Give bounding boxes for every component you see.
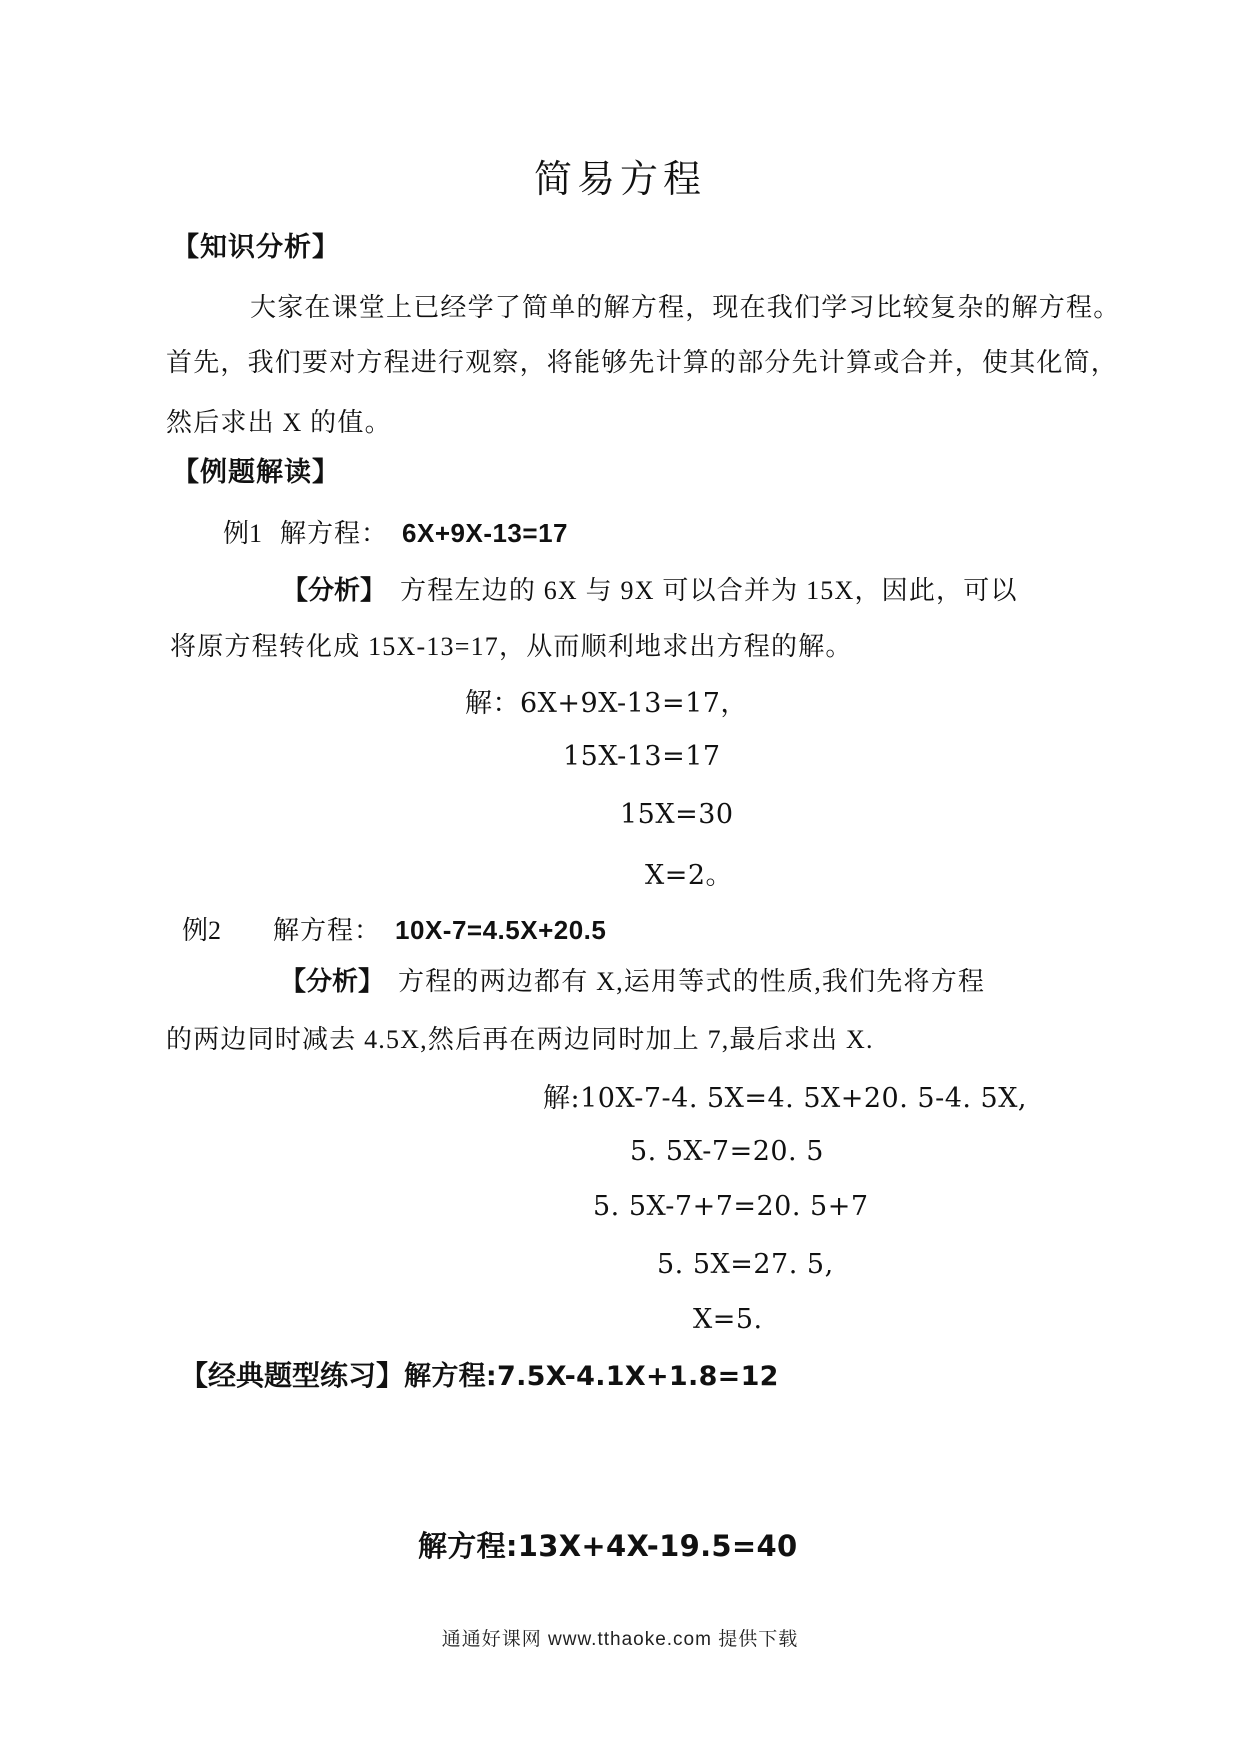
analysis-text: 方程左边的 6X 与 9X 可以合并为 15X，因此，可以	[400, 576, 1018, 605]
example2-label: 例2	[182, 916, 221, 945]
analysis-label: 【分析】	[282, 576, 386, 606]
knowledge-section-heading: 【知识分析】	[172, 225, 340, 264]
example1-solution-step: X=2。	[645, 853, 733, 892]
example2-analysis-line2: 的两边同时减去 4.5X,然后再在两边同时加上 7,最后求出 X.	[166, 1019, 874, 1056]
page-title: 简易方程	[0, 148, 1240, 203]
example1-solution-step: 15X=30	[620, 799, 734, 830]
knowledge-paragraph-line: 然后求出 X 的值。	[166, 402, 392, 439]
example1-label: 例1	[223, 519, 262, 548]
example1-equation: 6X+9X-13=17	[402, 518, 568, 548]
practice-problem-1: 解方程:7.5X-4.1X+1.8=12	[404, 1361, 779, 1392]
example2-solution-step: 5. 5X-7=20. 5	[630, 1136, 824, 1167]
document-page: 简易方程 【知识分析】 大家在课堂上已经学了简单的解方程，现在我们学习比较复杂的…	[0, 0, 1240, 1754]
example2-solution-step: 5. 5X=27. 5,	[657, 1249, 834, 1280]
analysis-label: 【分析】	[280, 967, 384, 997]
example2-solution-step: 5. 5X-7+7=20. 5+7	[593, 1191, 869, 1222]
example1-solution-step: 解：6X+9X-13=17，	[465, 681, 748, 720]
practice-section-heading: 【经典题型练习】	[180, 1359, 404, 1392]
knowledge-paragraph-line: 首先，我们要对方程进行观察，将能够先计算的部分先计算或合并，使其化简，	[166, 342, 1118, 379]
practice-section-line: 【经典题型练习】解方程:7.5X-4.1X+1.8=12	[180, 1354, 779, 1394]
example1-task-label: 解方程：	[280, 519, 388, 548]
example2-equation: 10X-7=4.5X+20.5	[395, 915, 606, 945]
example1-analysis-line1: 【分析】方程左边的 6X 与 9X 可以合并为 15X，因此，可以	[282, 570, 1018, 607]
example2-analysis-line1: 【分析】方程的两边都有 X,运用等式的性质,我们先将方程	[280, 961, 985, 998]
example2-solution-step: 解:10X-7-4. 5X=4. 5X+20. 5-4. 5X,	[543, 1076, 1027, 1115]
example2-solution-step: X=5.	[693, 1304, 763, 1335]
example1-analysis-line2: 将原方程转化成 15X-13=17，从而顺利地求出方程的解。	[170, 626, 853, 663]
practice-problem-2: 解方程:13X+4X-19.5=40	[418, 1524, 797, 1565]
example2-task-label: 解方程：	[273, 916, 381, 945]
knowledge-paragraph-line: 大家在课堂上已经学了简单的解方程，现在我们学习比较复杂的解方程。	[250, 287, 1120, 324]
example1-problem-line: 例1解方程：6X+9X-13=17	[223, 513, 568, 550]
analysis-text: 方程的两边都有 X,运用等式的性质,我们先将方程	[398, 967, 985, 996]
page-footer: 通通好课网 www.tthaoke.com 提供下载	[0, 1624, 1240, 1651]
example1-solution-step: 15X-13=17	[563, 741, 721, 772]
examples-section-heading: 【例题解读】	[172, 450, 340, 489]
example2-problem-line: 例2解方程：10X-7=4.5X+20.5	[182, 910, 606, 947]
